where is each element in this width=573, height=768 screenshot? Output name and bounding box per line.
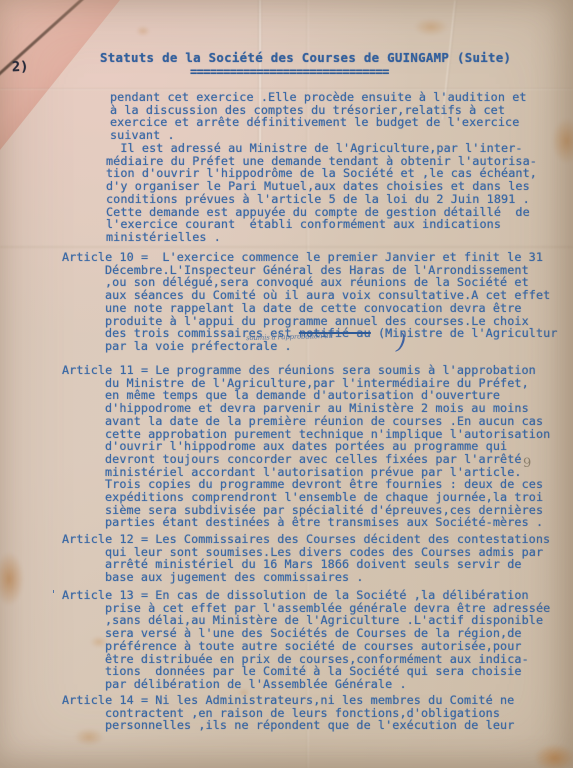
- text-line: pendant cet exercice .Elle procède ensui…: [110, 91, 527, 104]
- text-line: personnelles ,ils ne répondent que de l'…: [62, 719, 514, 732]
- text-line: aux séances du Comité où il aura voix co…: [62, 289, 558, 302]
- article-14-body: contractent ,en raison de leurs fonction…: [62, 707, 514, 732]
- paper-stain: [0, 552, 24, 606]
- intro-paragraph-2: Il est adressé au Ministre de l'Agricult…: [106, 142, 537, 244]
- text-line: préférence à toute autre société de cour…: [62, 640, 550, 653]
- text-line: parties étant destinées à être transmise…: [62, 516, 550, 529]
- paper-crease: [0, 246, 573, 248]
- article-14-heading-line: Article 14 =Ni les Administrateurs,ni le…: [62, 694, 514, 707]
- text-line: d'hippodrome et devra parvenir au Minist…: [62, 402, 550, 415]
- article-13-label: Article 13 =: [62, 588, 148, 602]
- article-12-body: qui leur sont soumises.Les divers codes …: [62, 546, 550, 584]
- text-line: expéditions comprendront l'ensemble de c…: [62, 491, 550, 504]
- article-11-body: du Ministre de l'Agriculture,par l'inter…: [62, 377, 550, 529]
- paper-stain: [534, 744, 573, 768]
- text-line: conditions prévues à l'article 5 de la l…: [106, 193, 537, 206]
- article-12-label: Article 12 =: [62, 532, 148, 546]
- text-line: une note rappelant la date de cette conv…: [62, 302, 558, 315]
- text-line: suivant .: [110, 129, 527, 142]
- article-10-label: Article 10 =: [62, 250, 148, 264]
- article-10-first-line: L'exercice commence le premier Janvier e…: [155, 250, 543, 264]
- article-11-label: Article 11 =: [62, 363, 148, 377]
- intro-paragraph-1: pendant cet exercice .Elle procède ensui…: [110, 91, 527, 142]
- article-13-heading-line: Article 13 =En cas de dissolution de la …: [62, 589, 550, 602]
- scanned-document-photo: 2) Statuts de la Société des Courses de …: [0, 0, 573, 768]
- article-13-first-line: En cas de dissolution de la Société ,la …: [155, 588, 528, 602]
- article-13-body: prise à cet effet par l'assemblée généra…: [62, 602, 550, 691]
- text-line: base aux jugement des commissaires .: [62, 571, 550, 584]
- text-line: Il est adressé au Ministre de l'Agricult…: [106, 142, 537, 155]
- paper-stain: [414, 18, 448, 36]
- article-13: Article 13 =En cas de dissolution de la …: [62, 589, 550, 691]
- article-14: Article 14 =Ni les Administrateurs,ni le…: [62, 694, 514, 732]
- page-number-marker: 2): [12, 61, 29, 74]
- paper-stain: [136, 26, 150, 36]
- paper-stain: [552, 118, 573, 164]
- text-line: sera versé à l'une des Sociétés de Cours…: [62, 627, 550, 640]
- article-12-first-line: Les Commissaires des Courses décident de…: [155, 532, 550, 546]
- article-11-first-line: Le programme des réunions sera soumis à …: [155, 363, 536, 377]
- handwritten-number-annotation: 9: [523, 456, 531, 471]
- article-10-body: Décembre.L'Inspecteur Général des Haras …: [62, 264, 558, 328]
- article-14-label: Article 14 =: [62, 693, 148, 707]
- article-12-heading-line: Article 12 =Les Commissaires des Courses…: [62, 533, 550, 546]
- text-line: d'y organiser le Pari Mutuel,aux dates c…: [106, 180, 537, 193]
- apostrophe-mark: ': [52, 588, 55, 601]
- text-line: avant la date de la première réunion de …: [62, 415, 550, 428]
- article-10-last-line: par la voie préfectorale .: [62, 340, 558, 353]
- article-14-first-line: Ni les Administrateurs,ni les membres du…: [155, 693, 514, 707]
- document-title: Statuts de la Société des Courses de GUI…: [100, 52, 511, 65]
- article-12: Article 12 =Les Commissaires des Courses…: [62, 533, 550, 584]
- title-underline: ==============================: [190, 66, 389, 79]
- article-11-heading-line: Article 11 =Le programme des réunions se…: [62, 364, 550, 377]
- article-11: Article 11 =Le programme des réunions se…: [62, 364, 550, 529]
- article-10-heading-line: Article 10 = L'exercice commence le prem…: [62, 251, 558, 264]
- text-line: par délibération de l'Assemblée Générale…: [62, 678, 550, 691]
- text-line: devront toujours concorder avec celles f…: [62, 453, 550, 466]
- text-line: ministérielles .: [106, 231, 537, 244]
